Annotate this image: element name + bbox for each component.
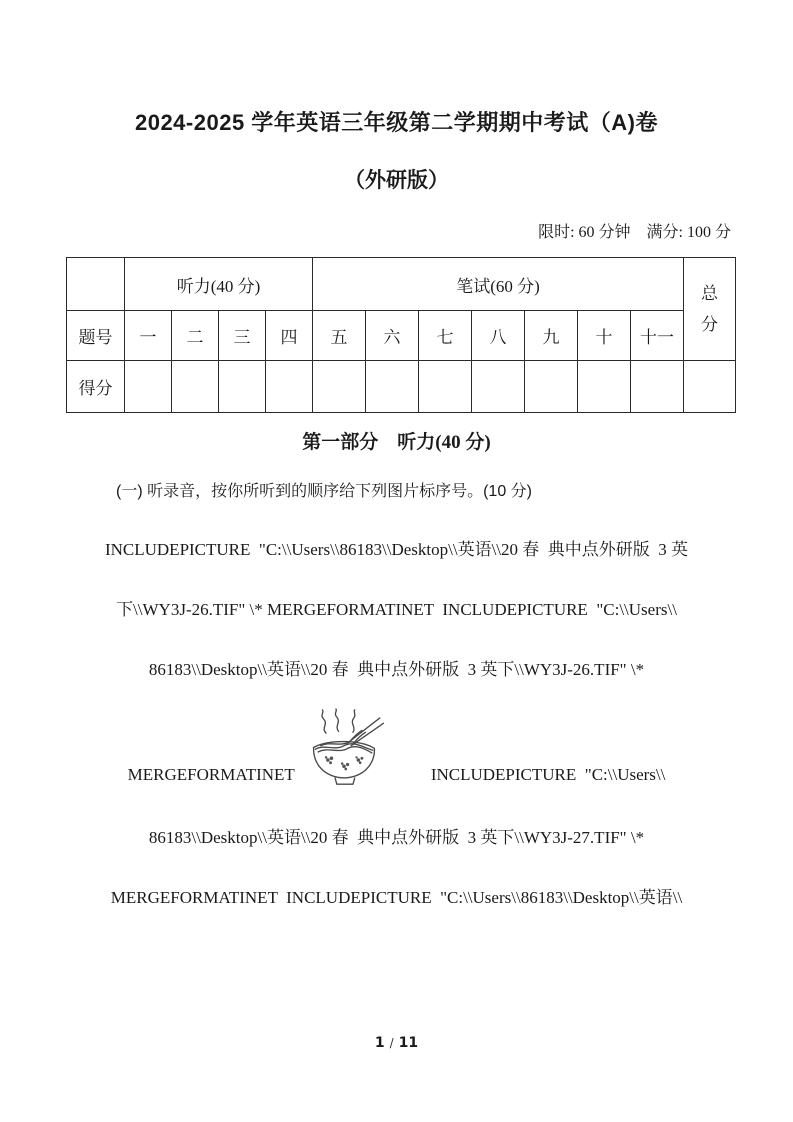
question-number-cell: 十一 <box>631 311 684 361</box>
section-one-heading: 第一部分 听力(40 分) <box>0 427 793 454</box>
part-one-instruction: (一) 听录音，按你所听到的顺序给下列图片标序号。(10 分) <box>0 478 793 501</box>
total-page-count: 11 <box>399 1035 418 1051</box>
question-number-cell: 三 <box>219 311 266 361</box>
exam-paper-page: 2024-2025 学年英语三年级第二学期期中考试（A)卷 （外研版） 限时: … <box>0 0 793 1122</box>
score-blank-cell <box>631 361 684 413</box>
score-blank-cell <box>578 361 631 413</box>
time-and-score-limits: 限时: 60 分钟 满分: 100 分 <box>0 219 793 242</box>
score-summary-table: 听力(40 分) 笔试(60 分) 总 分 题号 一 二 三 四 五 六 七 八… <box>66 257 736 413</box>
question-number-cell: 二 <box>172 311 219 361</box>
field-code-line: 86183\\Desktop\\英语\\20 春 典中点外研版 3 英下\\WY… <box>0 823 793 849</box>
question-number-cell: 一 <box>125 311 172 361</box>
document-title-line-2: （外研版） <box>0 164 793 194</box>
question-number-cell: 四 <box>266 311 313 361</box>
score-blank-cell <box>266 361 313 413</box>
total-score-header: 总 分 <box>684 258 736 361</box>
field-code-line: MERGEFORMATINET INCLUDEPICTURE "C:\\User… <box>0 883 793 909</box>
total-score-blank-cell <box>684 361 736 413</box>
field-code-line: 86183\\Desktop\\英语\\20 春 典中点外研版 3 英下\\WY… <box>0 655 793 681</box>
field-code-fragment: MERGEFORMATINET <box>128 765 295 787</box>
score-blank-cell <box>366 361 419 413</box>
question-number-cell: 十 <box>578 311 631 361</box>
field-code-line: 下\\WY3J-26.TIF" \* MERGEFORMATINET INCLU… <box>0 595 793 621</box>
current-page-number: 1 <box>375 1035 385 1051</box>
question-row-label: 题号 <box>67 311 125 361</box>
field-code-fragment: INCLUDEPICTURE "C:\\Users\\ <box>431 765 666 787</box>
total-label-top: 总 <box>684 278 735 309</box>
question-number-cell: 七 <box>419 311 472 361</box>
written-section-header: 笔试(60 分) <box>313 258 684 311</box>
score-blank-cell <box>419 361 472 413</box>
question-number-cell: 九 <box>525 311 578 361</box>
score-blank-cell <box>125 361 172 413</box>
bowl-flower-pattern <box>325 756 364 770</box>
listening-section-header: 听力(40 分) <box>125 258 313 311</box>
question-number-cell: 五 <box>313 311 366 361</box>
score-blank-cell <box>525 361 578 413</box>
page-number-separator: / <box>390 1036 394 1050</box>
score-blank-cell <box>172 361 219 413</box>
question-number-cell: 六 <box>366 311 419 361</box>
score-row-label: 得分 <box>67 361 125 413</box>
score-blank-cell <box>472 361 525 413</box>
document-title-line-1: 2024-2025 学年英语三年级第二学期期中考试（A)卷 <box>0 106 793 137</box>
table-corner-cell <box>67 258 125 311</box>
field-code-line-with-image: MERGEFORMATINET <box>0 693 793 787</box>
page-number-footer: 1/11 <box>0 1035 793 1051</box>
noodle-bowl-image <box>301 708 387 787</box>
field-code-line: INCLUDEPICTURE "C:\\Users\\86183\\Deskto… <box>0 535 793 561</box>
question-number-cell: 八 <box>472 311 525 361</box>
score-blank-cell <box>313 361 366 413</box>
score-blank-cell <box>219 361 266 413</box>
total-label-bottom: 分 <box>684 309 735 340</box>
